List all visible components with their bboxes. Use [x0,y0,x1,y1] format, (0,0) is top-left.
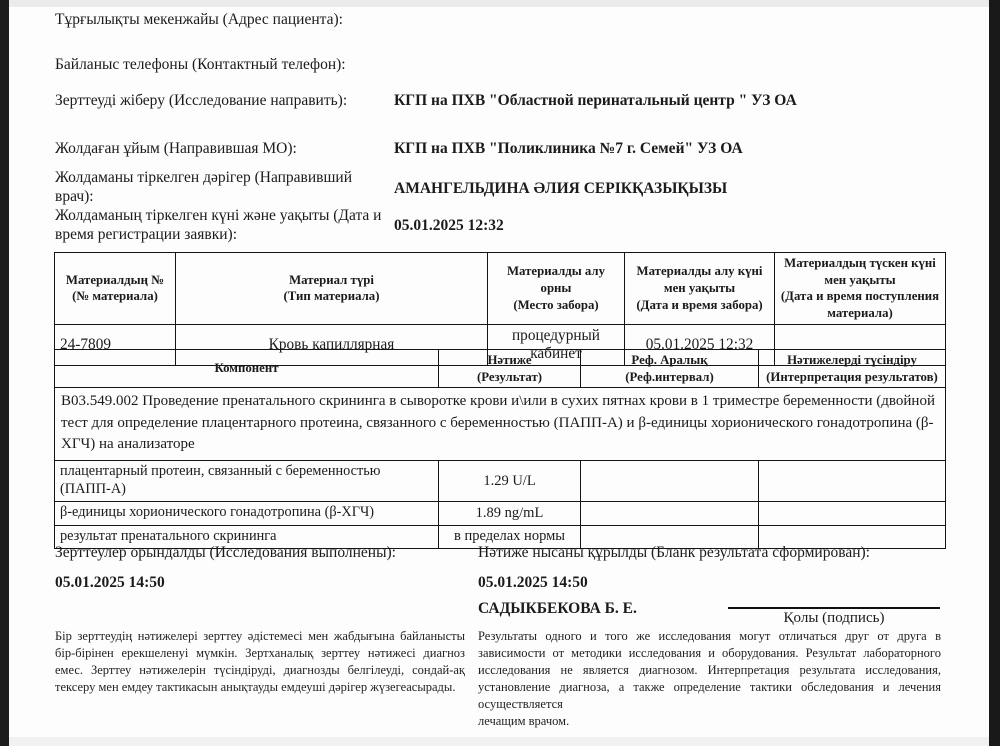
results-table-header-row: Компонент Нәтиже (Результат) Реф. Аралық… [55,350,946,388]
material-type-header: Материал түрі (Тип материала) [176,253,488,325]
material-table-header-row: Материалдың № (№ материала) Материал түр… [55,253,946,325]
referring-doctor-label: Жолдаманы тіркелген дәрігер (Направивший… [55,168,390,207]
component-cell: β-единицы хорионического гонадотропина (… [55,501,439,525]
doctor-name: САДЫКБЕКОВА Б. Е. [478,599,637,618]
registration-datetime-label: Жолдаманың тіркелген күні және уақыты (Д… [55,206,395,245]
result-header: Нәтиже (Результат) [439,350,581,388]
studies-performed-label: Зерттеулер орындалды (Исследования выпол… [55,543,475,562]
disclaimer-russian-last-line: лечащим врачом. [478,713,941,730]
patient-address-label: Тұрғылықты мекенжайы (Адрес пациента): [55,10,475,29]
scan-band-bottom [9,737,989,746]
result-row-papp-a: плацентарный протеин, связанный с береме… [55,461,946,502]
contact-phone-label: Байланыс телефоны (Контактный телефон): [55,55,475,74]
referring-org-value: КГП на ПХВ "Поликлиника №7 г. Семей" УЗ … [394,139,954,158]
study-title-cell: B03.549.002 Проведение пренатального скр… [55,388,946,461]
signature-line [728,607,940,609]
result-cell: 1.89 ng/mL [439,501,581,525]
lab-report-document: Тұрғылықты мекенжайы (Адрес пациента): Б… [0,0,1000,746]
disclaimer-kazakh: Бір зерттеудің нәтижелері зерттеу әдісте… [55,628,465,696]
component-header: Компонент [55,350,439,388]
scan-edge-right [989,0,1000,746]
material-place-header: Материалды алу орны (Место забора) [488,253,625,325]
disclaimer-russian: Результаты одного и того же исследования… [478,628,941,730]
material-taken-header: Материалды алу күні мен уақыты (Дата и в… [625,253,775,325]
study-title-row: B03.549.002 Проведение пренатального скр… [55,388,946,461]
result-cell: 1.29 U/L [439,461,581,502]
studies-performed-date: 05.01.2025 14:50 [55,573,165,592]
results-table: Компонент Нәтиже (Результат) Реф. Аралық… [54,349,946,549]
interpretation-cell [759,501,946,525]
component-cell: плацентарный протеин, связанный с береме… [55,461,439,502]
ref-cell [581,461,759,502]
send-study-label: Зерттеуді жіберу (Исследование направить… [55,91,395,110]
interpretation-cell [759,461,946,502]
interpretation-header: Нәтижелерді түсіндіру (Интерпретация рез… [759,350,946,388]
referring-org-label: Жолдаған ұйым (Направившая МО): [55,139,395,158]
result-row-hcg: β-единицы хорионического гонадотропина (… [55,501,946,525]
send-study-value: КГП на ПХВ "Областной перинатальный цент… [394,91,954,110]
ref-cell [581,501,759,525]
disclaimer-russian-body: Результаты одного и того же исследования… [478,628,941,713]
material-received-header: Материалдың түскен күні мен уақыты (Дата… [775,253,946,325]
scan-band-top [9,0,989,7]
ref-interval-header: Реф. Аралық (Реф.интервал) [581,350,759,388]
result-form-created-label: Нәтиже нысаны құрылды (Бланк результата … [478,543,948,562]
result-form-created-date: 05.01.2025 14:50 [478,573,588,592]
registration-datetime-value: 05.01.2025 12:32 [394,216,954,235]
signature-label: Қолы (подпись) [728,610,940,627]
referring-doctor-value: АМАНГЕЛЬДИНА ӘЛИЯ СЕРІКҚАЗЫҚЫЗЫ [394,179,954,198]
scan-edge-left [0,0,9,746]
material-number-header: Материалдың № (№ материала) [55,253,176,325]
